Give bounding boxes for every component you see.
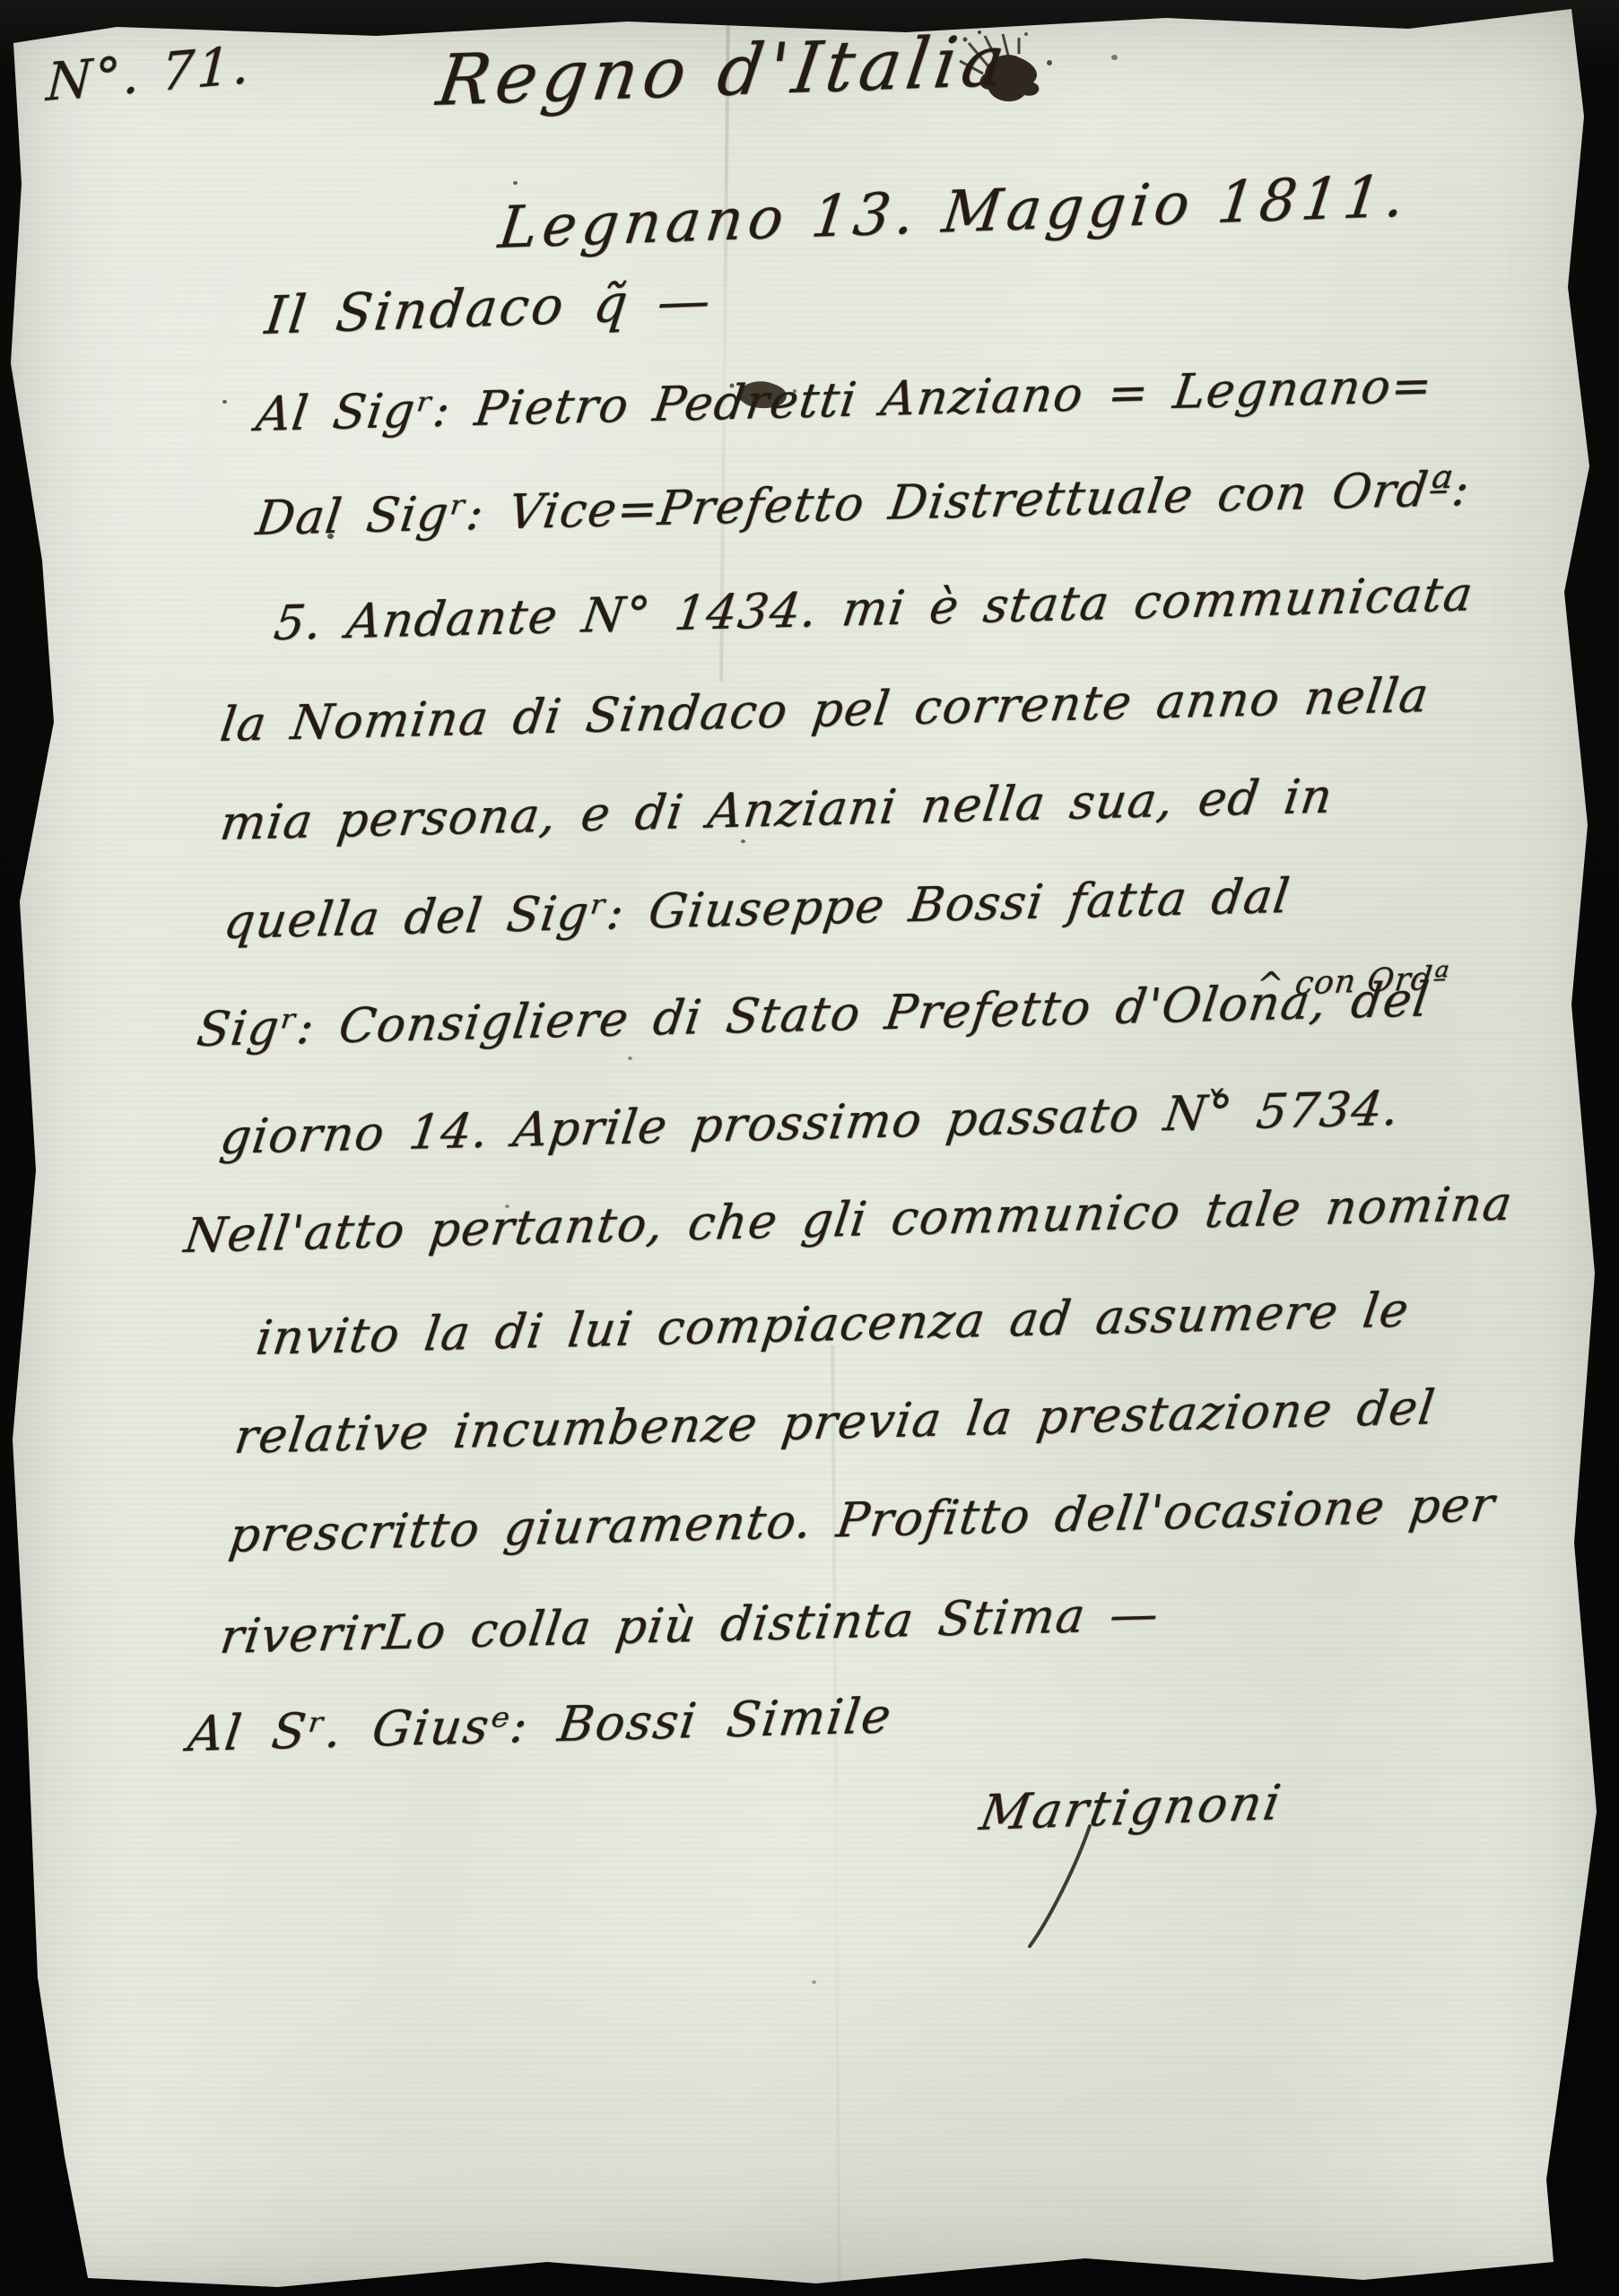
ink-specks bbox=[0, 0, 4, 4]
ink-blot-small bbox=[723, 366, 804, 420]
ink-blot bbox=[933, 27, 1067, 135]
signature-flourish bbox=[1014, 1821, 1157, 1955]
scan-background: N°. 71. Regno d'Italia Legnano 13. Maggi… bbox=[0, 0, 1619, 2296]
paper-crease-lower bbox=[831, 1345, 840, 2296]
